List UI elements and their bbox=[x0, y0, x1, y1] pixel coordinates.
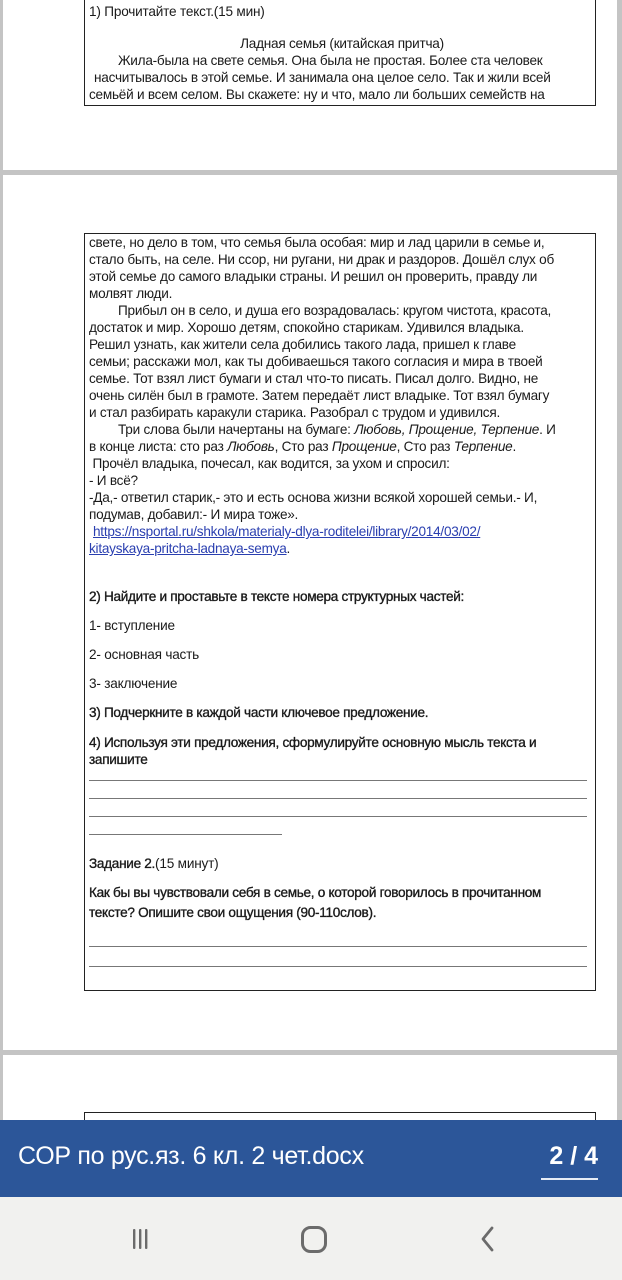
document-page-1: 1) Прочитайте текст.(15 мин) Ладная семь… bbox=[3, 0, 617, 170]
answer-line bbox=[89, 946, 587, 947]
text-span: , Сто раз bbox=[397, 439, 454, 454]
text-span: Три слова были начертаны на бумаге: bbox=[118, 422, 354, 437]
question-4: 4) Используя эти предложения, сформулиру… bbox=[89, 734, 591, 751]
link-line: kitayskaya-pritcha-ladnaya-semya. bbox=[89, 540, 591, 557]
text-line: молвят люди. bbox=[89, 285, 591, 302]
page-indicator[interactable]: 2 / 4 bbox=[549, 1142, 598, 1171]
source-link-text[interactable]: https://nsportal.ru/shkola/materialy-dly… bbox=[93, 524, 480, 539]
text-line: в конце листа: сто раз Любовь, Сто раз П… bbox=[89, 438, 591, 455]
structure-part-3: 3- заключение bbox=[89, 675, 591, 692]
text-line: - И всё? bbox=[89, 472, 591, 489]
text-line: -Да,- ответил старик,- это и есть основа… bbox=[89, 489, 591, 506]
task-2-question: Как бы вы чувствовали себя в семье, о ко… bbox=[89, 884, 591, 901]
text-line: стало быть, на селе. Ни ссор, ни ругани,… bbox=[89, 251, 591, 268]
text-line: насчитывалось в этой семье. И занимала о… bbox=[89, 69, 595, 86]
source-link[interactable]: https://nsportal.ru/shkola/materialy-dly… bbox=[89, 523, 591, 557]
text-line: свете, но дело в том, что семья была осо… bbox=[89, 234, 591, 251]
answer-line bbox=[89, 780, 587, 781]
text-frame: 1) Прочитайте текст.(15 мин) Ладная семь… bbox=[84, 0, 596, 106]
text-span: . bbox=[287, 541, 291, 556]
recent-apps-button[interactable] bbox=[120, 1219, 160, 1259]
document-page-3 bbox=[3, 1055, 617, 1120]
text-line: Три слова были начертаны на бумаге: Любо… bbox=[89, 421, 591, 438]
answer-lines-q4 bbox=[89, 780, 591, 835]
back-button[interactable] bbox=[468, 1219, 508, 1259]
paragraph-1: свете, но дело в том, что семья была осо… bbox=[89, 234, 591, 302]
emphasis-text: Любовь, Прощение, Терпение bbox=[354, 422, 539, 437]
text-span: в конце листа: сто раз bbox=[89, 439, 227, 454]
source-link-text[interactable]: kitayskaya-pritcha-ladnaya-semya bbox=[89, 541, 287, 556]
answer-line bbox=[89, 966, 587, 967]
emphasis-text: Прощение bbox=[332, 439, 397, 454]
home-button[interactable] bbox=[294, 1219, 334, 1259]
text-line: этой семье до самого владыки страны. И р… bbox=[89, 268, 591, 285]
link-line: https://nsportal.ru/shkola/materialy-dly… bbox=[93, 523, 591, 540]
home-icon bbox=[299, 1224, 329, 1254]
text-line: достаток и мир. Хорошо детям, спокойно с… bbox=[89, 319, 591, 336]
text-line: Прочёл владыка, почесал, как водится, за… bbox=[89, 455, 591, 472]
text-span: . И bbox=[539, 422, 556, 437]
page-indicator-underline bbox=[541, 1178, 598, 1180]
back-icon bbox=[473, 1224, 503, 1254]
task-2-title: Задание 2. bbox=[89, 856, 155, 871]
text-line: семьи; расскажи мол, как ты добиваешься … bbox=[89, 353, 591, 370]
text-span: , Сто раз bbox=[275, 439, 332, 454]
task-heading: 1) Прочитайте текст.(15 мин) bbox=[89, 3, 595, 20]
answer-lines-task2 bbox=[89, 946, 591, 967]
emphasis-text: Любовь bbox=[227, 439, 275, 454]
text-frame: свете, но дело в том, что семья была осо… bbox=[84, 233, 596, 991]
paragraph-3: Три слова были начертаны на бумаге: Любо… bbox=[89, 421, 591, 523]
question-2: 2) Найдите и проставьте в тексте номера … bbox=[89, 588, 591, 605]
document-page-2: свете, но дело в том, что семья была осо… bbox=[3, 175, 617, 1050]
answer-line bbox=[89, 834, 282, 835]
recent-apps-icon bbox=[125, 1224, 155, 1254]
document-viewer[interactable]: 1) Прочитайте текст.(15 мин) Ладная семь… bbox=[0, 0, 622, 1120]
emphasis-text: Терпение bbox=[454, 439, 513, 454]
system-navigation-bar bbox=[0, 1197, 622, 1280]
text-line: подумав, добавил:- И мира тоже». bbox=[89, 506, 591, 523]
document-title-bar: СОР по рус.яз. 6 кл. 2 чет.docx 2 / 4 bbox=[0, 1120, 622, 1197]
text-span: . bbox=[512, 439, 516, 454]
structure-part-2: 2- основная часть bbox=[89, 646, 591, 663]
text-line: Решил узнать, как жители села добились т… bbox=[89, 336, 591, 353]
story-title: Ладная семья (китайская притча) bbox=[89, 35, 595, 52]
text-line: Прибыл он в село, и душа его возрадовала… bbox=[89, 302, 591, 319]
text-line: очень силён был в грамоте. Затем передаё… bbox=[89, 387, 591, 404]
paragraph-2: Прибыл он в село, и душа его возрадовала… bbox=[89, 302, 591, 421]
structure-part-1: 1- вступление bbox=[89, 617, 591, 634]
question-4-continued: запишите bbox=[89, 751, 591, 768]
text-line: и стал разбирать каракули старика. Разоб… bbox=[89, 404, 591, 421]
text-line: Жила-была на свете семья. Она была не пр… bbox=[89, 52, 595, 69]
text-frame bbox=[84, 1112, 596, 1120]
text-line: семье. Тот взял лист бумаги и стал что-т… bbox=[89, 370, 591, 387]
question-3: 3) Подчеркните в каждой части ключевое п… bbox=[89, 704, 591, 721]
task-2-question-continued: тексте? Опишите свои ощущения (90-110сло… bbox=[89, 904, 591, 921]
answer-line bbox=[89, 816, 587, 817]
document-file-name: СОР по рус.яз. 6 кл. 2 чет.docx bbox=[18, 1142, 364, 1171]
task-2-time: (15 минут) bbox=[155, 856, 218, 871]
text-line: семьёй и всем селом. Вы скажете: ну и чт… bbox=[89, 86, 595, 103]
answer-line bbox=[89, 798, 587, 799]
task-2-heading: Задание 2.(15 минут) bbox=[89, 855, 591, 872]
